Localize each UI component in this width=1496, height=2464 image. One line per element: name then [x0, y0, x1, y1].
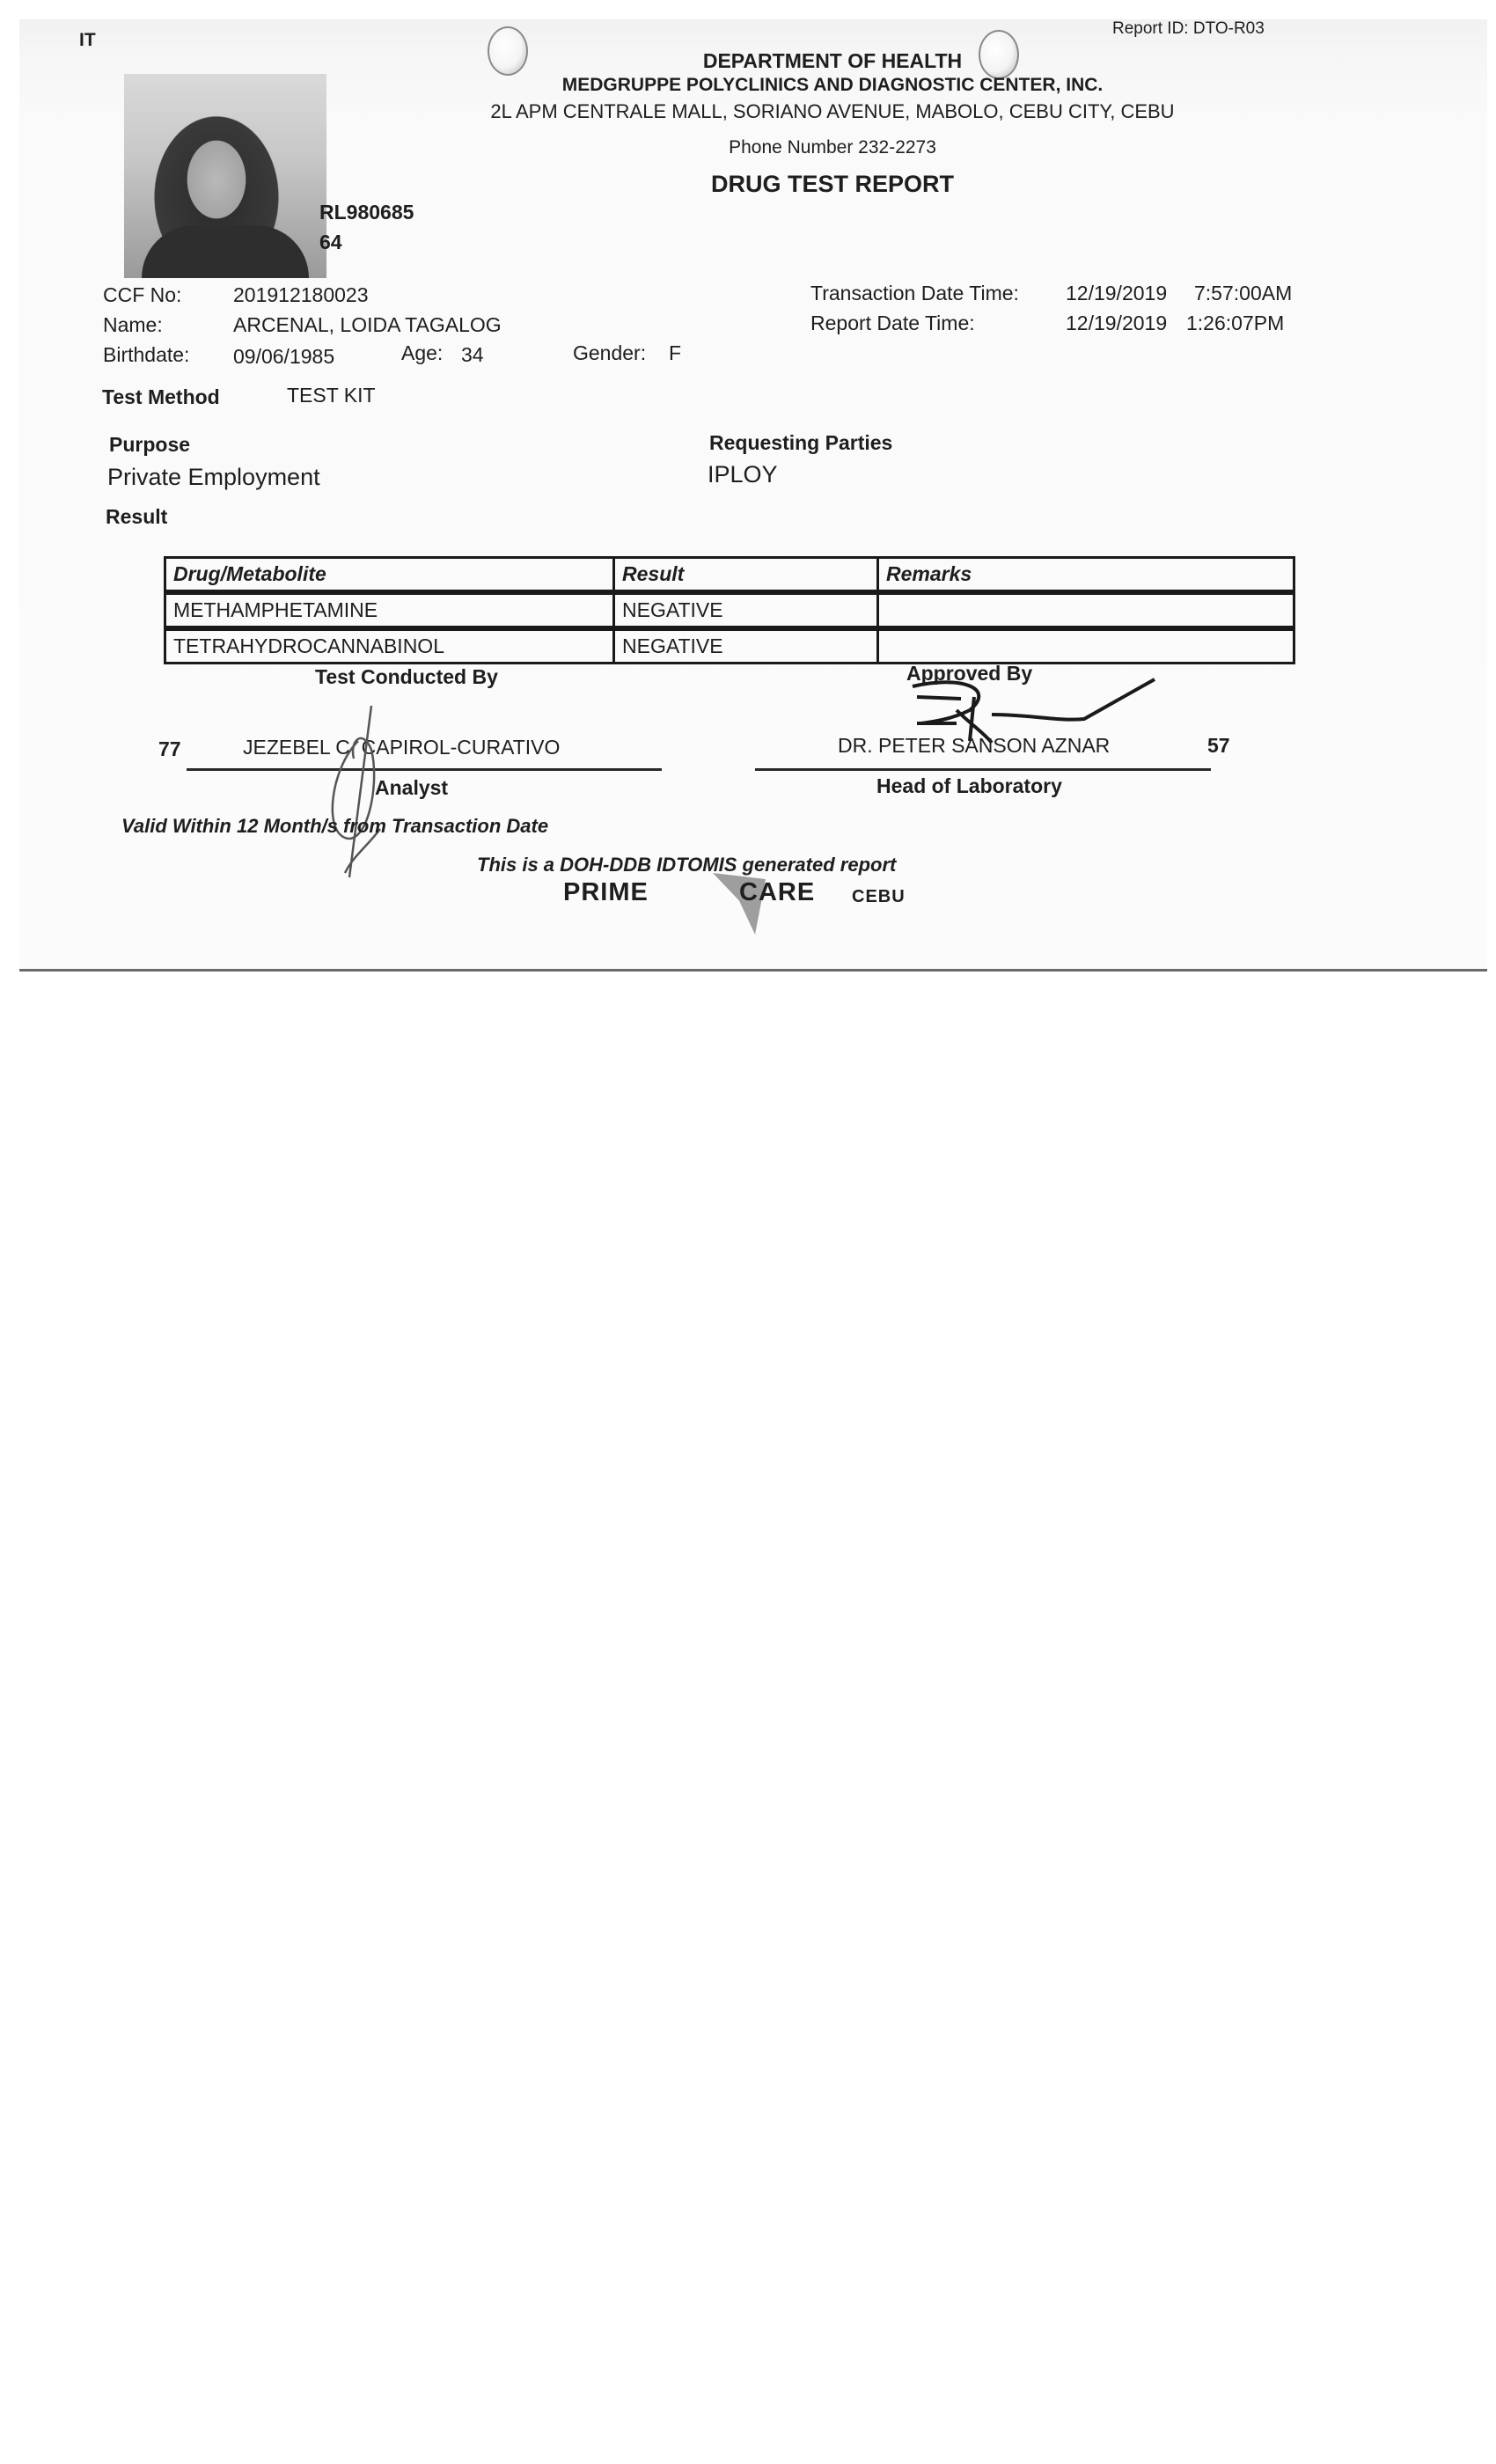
drug-remarks — [878, 592, 1294, 628]
clinic-phone: Phone Number 232-2273 — [19, 137, 1487, 158]
drug-name: TETRAHYDROCANNABINOL — [165, 628, 614, 664]
transaction-date: 12/19/2019 — [1066, 282, 1167, 305]
logo-prime: PRIME — [563, 878, 649, 907]
report-datetime-label: Report Date Time: — [810, 312, 975, 335]
approver-name: DR. PETER SANSON AZNAR — [838, 734, 1110, 758]
clinic-name: MEDGRUPPE POLYCLINICS AND DIAGNOSTIC CEN… — [19, 75, 1487, 96]
ccf-label: CCF No: — [103, 283, 181, 307]
results-table-header: Drug/Metabolite Result Remarks — [165, 558, 1294, 593]
drug-name: METHAMPHETAMINE — [165, 592, 614, 628]
birthdate-value: 09/06/1985 — [233, 345, 334, 369]
analyst-signature-line — [187, 768, 662, 771]
age-label: Age: — [401, 341, 443, 365]
drug-result: NEGATIVE — [614, 628, 878, 664]
photo-id-line1: RL980685 — [319, 201, 414, 224]
department-name: DEPARTMENT OF HEALTH — [19, 49, 1487, 73]
transaction-time: 7:57:00AM — [1194, 282, 1292, 305]
result-section-label: Result — [106, 505, 167, 529]
name-label: Name: — [103, 313, 163, 337]
logo-care: CARE — [739, 878, 815, 907]
approver-role: Head of Laboratory — [876, 774, 1062, 798]
test-conducted-by-heading: Test Conducted By — [315, 665, 498, 689]
results-table: Drug/Metabolite Result Remarks METHAMPHE… — [164, 556, 1295, 664]
gender-value: F — [669, 341, 681, 365]
analyst-number: 77 — [158, 737, 181, 761]
requesting-parties-value: IPLOY — [708, 461, 778, 488]
requesting-parties-label: Requesting Parties — [709, 431, 892, 455]
report-date: 12/19/2019 — [1066, 312, 1167, 335]
col-result: Result — [614, 558, 878, 593]
table-row: TETRAHYDROCANNABINOL NEGATIVE — [165, 628, 1294, 664]
table-row: METHAMPHETAMINE NEGATIVE — [165, 592, 1294, 628]
report-title: DRUG TEST REPORT — [19, 171, 1487, 198]
drug-result: NEGATIVE — [614, 592, 878, 628]
col-drug-metabolite: Drug/Metabolite — [165, 558, 614, 593]
test-method-label: Test Method — [102, 385, 220, 409]
drug-remarks — [878, 628, 1294, 664]
drug-test-report-sheet: IT Report ID: DTO-R03 RL980685 64 DEPART… — [19, 19, 1487, 972]
approver-number: 57 — [1207, 734, 1230, 758]
clinic-address: 2L APM CENTRALE MALL, SORIANO AVENUE, MA… — [19, 100, 1487, 123]
age-value: 34 — [461, 343, 484, 367]
purpose-value: Private Employment — [107, 464, 320, 491]
ccf-value: 201912180023 — [233, 283, 369, 307]
purpose-label: Purpose — [109, 433, 190, 457]
name-value: ARCENAL, LOIDA TAGALOG — [233, 313, 502, 337]
birthdate-label: Birthdate: — [103, 343, 189, 367]
approver-signature-line — [755, 768, 1211, 771]
col-remarks: Remarks — [878, 558, 1294, 593]
analyst-signature-icon — [319, 688, 424, 917]
transaction-datetime-label: Transaction Date Time: — [810, 282, 1019, 305]
validity-note: Valid Within 12 Month/s from Transaction… — [121, 815, 548, 838]
corner-mark: IT — [79, 30, 96, 51]
generated-report-note: This is a DOH-DDB IDTOMIS generated repo… — [477, 854, 896, 876]
report-id: Report ID: DTO-R03 — [1112, 19, 1265, 39]
logo-cebu: CEBU — [852, 887, 906, 907]
photo-id-line2: 64 — [319, 231, 342, 254]
gender-label: Gender: — [573, 341, 646, 365]
test-method-value: TEST KIT — [287, 384, 376, 407]
report-time: 1:26:07PM — [1186, 312, 1284, 335]
